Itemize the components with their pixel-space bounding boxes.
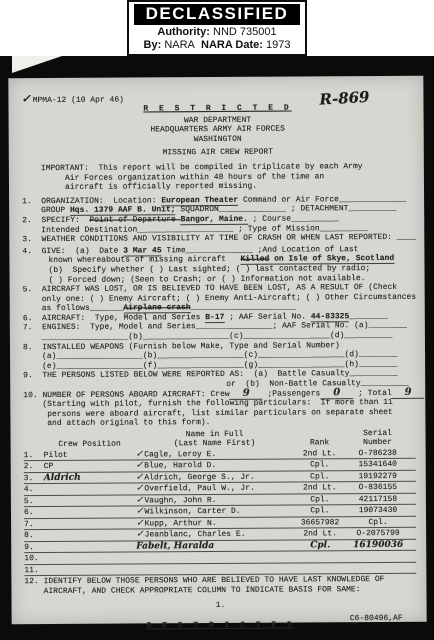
aircraft-type-value: B-17 bbox=[205, 313, 224, 323]
row-number: 4. bbox=[24, 485, 44, 495]
check-mark-icon: ✓ bbox=[136, 530, 144, 540]
engines-serial-label: ; AAF Serial No. (a) bbox=[272, 322, 368, 332]
reference-row: ✓MPMA-12 (10 Apr 46) R-869 bbox=[21, 83, 413, 105]
engines-blank1: ________________ bbox=[196, 322, 273, 331]
check-mark-icon: ✓ bbox=[136, 484, 144, 494]
crew-rank: Cpl. bbox=[294, 507, 346, 517]
row-number: 3. bbox=[24, 474, 44, 484]
weather-blank: ____ bbox=[397, 233, 416, 242]
crew-name: ✓Vaughn, John R. bbox=[136, 495, 294, 505]
total-count-value: 9 bbox=[392, 386, 425, 398]
total-label: ; Total bbox=[353, 389, 391, 398]
weather-label: 3. WEATHER CONDITIONS AND VISIBILITY AT … bbox=[22, 233, 397, 244]
hdr-spacer3 bbox=[293, 429, 345, 439]
row-number: 2. bbox=[24, 462, 44, 472]
passengers-label: ;Passengers bbox=[263, 389, 321, 398]
form-reference: ✓MPMA-12 (10 Apr 46) bbox=[21, 96, 123, 106]
crew-serial: Cpl. bbox=[346, 518, 410, 528]
handwritten-doc-number: R-869 bbox=[319, 88, 370, 109]
crew-serial: 19192279 bbox=[346, 472, 410, 482]
hdr-spacer2 bbox=[43, 431, 135, 441]
location-struck-value: Killed bbox=[240, 255, 269, 265]
row-number: 6. bbox=[24, 508, 44, 518]
crew-serial: O-2075799 bbox=[346, 529, 410, 539]
row-number: 5. bbox=[24, 497, 44, 507]
by-value: NARA bbox=[164, 39, 195, 51]
row-number: 1. bbox=[24, 451, 44, 461]
crew-name-text: Overfield, Paul W., Jr. bbox=[144, 484, 254, 494]
crew-row-11: 11. bbox=[24, 563, 416, 577]
crew-rank: 2nd Lt. bbox=[294, 449, 346, 459]
as-follows-blank1: _______ bbox=[90, 304, 124, 313]
engines-label: 7. ENGINES: Type, Model and Series bbox=[23, 323, 196, 333]
aaf-serial-label: ; AAF Serial No. bbox=[224, 312, 310, 322]
passenger-count-value: 0 bbox=[320, 387, 353, 399]
crew-name: ✓Wilkinson, Carter D. bbox=[136, 507, 294, 517]
declassified-stamp: DECLASSIFIED Authority: NND 735001 By: N… bbox=[127, 0, 308, 56]
crew-position-handwritten: Aldrich bbox=[44, 473, 136, 483]
crew-position: CP bbox=[44, 462, 136, 472]
declassified-title: DECLASSIFIED bbox=[134, 4, 301, 25]
crew-name: ✓Aldrich, George S., Jr. bbox=[136, 472, 294, 482]
departure-struck-label: Point of Departure bbox=[89, 215, 180, 225]
crew-count-value: 9 bbox=[230, 387, 263, 399]
by-label: By: bbox=[144, 39, 162, 51]
nara-date-value: 1973 bbox=[266, 39, 290, 51]
command-label: Command or Air Force bbox=[238, 195, 339, 205]
crew-name: ✓Cagle, Leroy E. bbox=[136, 449, 294, 459]
declassified-stamp-area: DECLASSIFIED Authority: NND 735001 By: N… bbox=[0, 0, 434, 56]
crew-name: ✓Overfield, Paul W., Jr. bbox=[136, 484, 294, 494]
crew-name-text: Kupp, Arthur N. bbox=[145, 519, 217, 528]
item4-label: 4. GIVE: (a) Date bbox=[22, 246, 123, 256]
persons-aboard-label: 10. NUMBER OF PERSONS ABOARD AIRCRAFT: C… bbox=[23, 390, 229, 400]
mission-type-label: ; Type of Mission bbox=[233, 224, 319, 234]
crew-name-text: Wilkinson, Carter D. bbox=[145, 507, 241, 517]
scanned-document: ✓MPMA-12 (10 Apr 46) R-869 R E S T R I C… bbox=[0, 56, 434, 640]
authority-line: Authority: NND 735001 bbox=[134, 26, 301, 39]
hdr-spacer4 bbox=[24, 440, 44, 450]
crew-rank: Cpl. bbox=[294, 472, 346, 482]
document-page: ✓MPMA-12 (10 Apr 46) R-869 R E S T R I C… bbox=[8, 76, 426, 625]
row-number: 11. bbox=[24, 566, 44, 576]
header-serial-bottom: Number bbox=[346, 438, 410, 448]
nara-date-label: NARA Date: bbox=[201, 39, 263, 51]
check-mark-icon: ✓ bbox=[136, 495, 144, 505]
time-blank: ______________ bbox=[186, 246, 253, 255]
crew-rank: Cpl. bbox=[294, 461, 346, 471]
hdr-spacer1 bbox=[23, 431, 43, 441]
detachment-label: ; DETACHMENT bbox=[286, 205, 348, 214]
crew-name-text: Aldrich, George S., Jr. bbox=[144, 473, 254, 483]
row-number: 7. bbox=[24, 520, 44, 530]
crew-serial: 19073430 bbox=[346, 506, 410, 516]
footer-row: R E S T R I C T E D C6-80496,AF bbox=[25, 613, 417, 633]
authority-label: Authority: bbox=[157, 26, 210, 38]
check-mark-icon: ✓ bbox=[136, 449, 144, 459]
crew-rank: Cpl. bbox=[294, 495, 346, 505]
crew-position: Pilot bbox=[44, 450, 136, 460]
crew-name-text: Vaughn, John R. bbox=[144, 496, 216, 505]
crew-serial-handwritten: 16190036 bbox=[346, 541, 410, 551]
check-mark-icon: ✓ bbox=[136, 518, 144, 528]
form-reference-text: MPMA-12 (10 Apr 46) bbox=[33, 96, 124, 106]
footer-form-code: C6-80496,AF bbox=[350, 614, 403, 623]
battle-casualty-blank: __________ bbox=[350, 369, 398, 378]
aircraft-serial-blank: ________ bbox=[349, 312, 387, 321]
time-label: Time bbox=[162, 246, 186, 255]
check-mark-icon: ✓ bbox=[136, 461, 144, 471]
item2-label: 2. SPECIFY: bbox=[22, 216, 89, 225]
crew-name: ✓Kupp, Arthur N. bbox=[136, 518, 294, 528]
as-follows-blank2: ______________________ bbox=[191, 303, 297, 313]
crew-serial: 42117158 bbox=[346, 495, 410, 505]
squadron-blank: ______________ bbox=[219, 205, 286, 214]
crew-name-handwritten: Fabelt, Haralda bbox=[136, 541, 294, 551]
crew-rank-handwritten: Cpl. bbox=[294, 541, 346, 551]
header-crew-position: Crew Position bbox=[44, 440, 136, 450]
crew-serial: 15341640 bbox=[346, 460, 410, 470]
location-label: ;And Location of Last bbox=[253, 245, 359, 255]
crew-rank: 2nd Lt. bbox=[294, 530, 346, 540]
header-name-bottom: (Last Name First) bbox=[136, 439, 294, 449]
crew-serial: O-836155 bbox=[346, 483, 410, 493]
important-note: IMPORTANT: This report will be compiled … bbox=[22, 162, 414, 193]
row-number: 8. bbox=[24, 531, 44, 541]
row-number: 9. bbox=[24, 543, 44, 553]
crew-name: ✓Jeanblanc, Charles E. bbox=[136, 530, 294, 540]
item10-parenthetical: (Starting with pilot, furnish the follow… bbox=[23, 398, 415, 429]
course-label: ; Course bbox=[248, 214, 291, 223]
crew-serial: O-786238 bbox=[346, 449, 410, 459]
item12-text: 12. IDENTIFY BELOW THOSE PERSONS WHO ARE… bbox=[24, 575, 416, 597]
engines-blank2: ________ bbox=[368, 321, 406, 330]
footer-classification: R E S T R I C T E D bbox=[147, 621, 295, 631]
scan-corner-artifact bbox=[12, 56, 62, 73]
crew-name: ✓Blue, Harold D. bbox=[136, 461, 294, 471]
row-number: 10. bbox=[24, 554, 44, 564]
destination-blank: ____________________ bbox=[137, 224, 233, 234]
aircraft-type-label: 6. AIRCRAFT: Type, Model and Series bbox=[23, 313, 205, 323]
destination-label: Intended Destination bbox=[41, 225, 137, 235]
crew-name-text: Jeanblanc, Charles E. bbox=[145, 530, 246, 540]
classification-text: R E S T R I C T E D bbox=[143, 104, 291, 114]
check-icon: ✓ bbox=[21, 92, 30, 105]
header-rank: Rank bbox=[294, 439, 346, 449]
detachment-blank: __________ bbox=[348, 204, 396, 213]
item1-label: 1. ORGANIZATION: Location: bbox=[22, 196, 161, 206]
squadron-label: SQUADRON bbox=[176, 205, 219, 214]
command-blank: ______________ bbox=[339, 195, 406, 204]
check-mark-icon: ✓ bbox=[136, 507, 144, 517]
crew-rank: 2nd Lt. bbox=[294, 484, 346, 494]
whereabouts-label: known whereabouts of missing aircraft bbox=[48, 255, 240, 265]
mission-type-blank: __________ bbox=[320, 224, 368, 233]
header-serial-top: Serial bbox=[345, 429, 409, 439]
authority-value: NND 735001 bbox=[213, 26, 277, 38]
nara-line: By: NARA NARA Date: 1973 bbox=[134, 39, 301, 52]
crew-name-text: Cagle, Leroy E. bbox=[144, 450, 216, 459]
crew-rank: 36657982 bbox=[294, 518, 346, 528]
crew-position bbox=[44, 575, 136, 576]
as-follows-label: as follows bbox=[42, 304, 90, 313]
check-mark-icon: ✓ bbox=[136, 472, 144, 482]
course-blank: __________ bbox=[291, 214, 339, 223]
crew-name bbox=[136, 574, 294, 575]
crew-name-text: Blue, Harold D. bbox=[144, 461, 216, 470]
group-label: GROUP bbox=[41, 206, 70, 215]
